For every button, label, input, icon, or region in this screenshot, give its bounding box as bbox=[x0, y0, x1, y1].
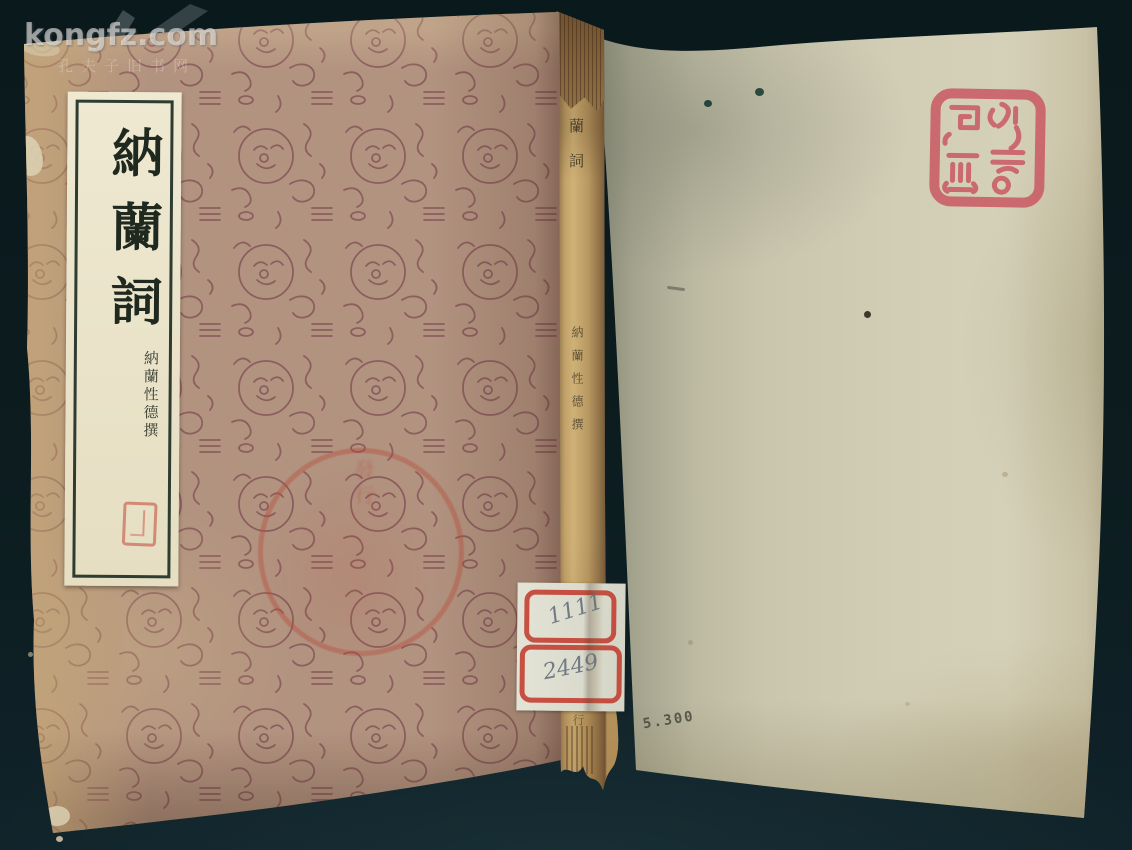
foxing-spot bbox=[1002, 472, 1008, 477]
spine-frayed-threads bbox=[566, 726, 596, 774]
cover-title: 納蘭詞 bbox=[94, 126, 171, 357]
red-square-seal bbox=[928, 87, 1048, 211]
title-label-seal bbox=[122, 501, 158, 546]
worn-chip bbox=[44, 806, 70, 826]
call-number-label: 1111 2449 bbox=[516, 582, 625, 711]
foxing-spot bbox=[905, 702, 910, 706]
spine-author: 納蘭性德撰 bbox=[569, 326, 586, 456]
price-stamp: ¥ 5.300 bbox=[621, 708, 696, 735]
spine-worn-top bbox=[552, 8, 608, 112]
round-library-stamp: 發行 bbox=[258, 448, 464, 656]
round-stamp-text: 發行 bbox=[349, 459, 378, 579]
foxing-spot bbox=[688, 640, 693, 645]
cover-author: 納蘭性德撰 bbox=[140, 350, 162, 445]
watermark-site-text: kongfz.com bbox=[24, 18, 218, 53]
seal-mark bbox=[130, 510, 145, 537]
watermark-site-cn-text: 孔夫子旧书网 bbox=[58, 55, 218, 76]
ink-spot bbox=[864, 311, 871, 318]
ink-spot bbox=[704, 100, 712, 107]
paper-speck bbox=[56, 836, 63, 842]
book-photo: ¥ 5.300 蘭詞 納蘭性德撰 刊行 bbox=[0, 0, 1132, 850]
ink-spot bbox=[755, 88, 764, 96]
spine-title: 蘭詞 bbox=[566, 118, 587, 208]
title-label: 納蘭詞 納蘭性德撰 bbox=[64, 92, 181, 587]
kongfz-watermark: kongfz.com 孔夫子旧书网 bbox=[24, 18, 218, 76]
ink-scratch bbox=[667, 286, 685, 291]
paper-speck bbox=[28, 652, 33, 657]
